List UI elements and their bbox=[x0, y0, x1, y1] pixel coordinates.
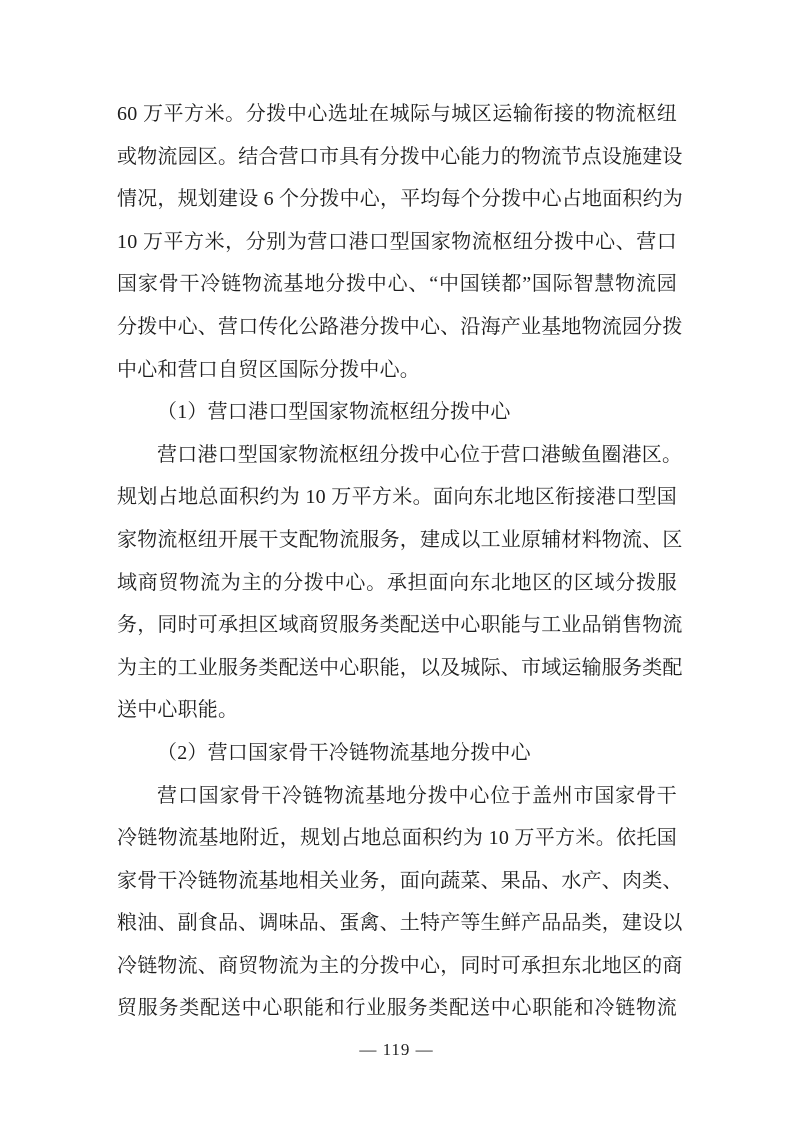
text-line: 10 万平方米，分别为营口港口型国家物流枢纽分拨中心、营口 bbox=[117, 221, 677, 264]
text-line: 家物流枢纽开展干支配物流服务，建成以工业原辅材料物流、区 bbox=[117, 519, 677, 562]
text-line: 家骨干冷链物流基地相关业务，面向蔬菜、果品、水产、肉类、 bbox=[117, 860, 677, 903]
text-line: 冷链物流基地附近，规划占地总面积约为 10 万平方米。依托国 bbox=[117, 817, 677, 860]
text-line: 规划占地总面积约为 10 万平方米。面向东北地区衔接港口型国 bbox=[117, 476, 677, 519]
text-line: 营口国家骨干冷链物流基地分拨中心位于盖州市国家骨干 bbox=[117, 775, 677, 818]
text-line: 分拨中心、营口传化公路港分拨中心、沿海产业基地物流园分拨 bbox=[117, 306, 677, 349]
text-line: 情况，规划建设 6 个分拨中心，平均每个分拨中心占地面积约为 bbox=[117, 178, 677, 221]
text-line: 国家骨干冷链物流基地分拨中心、“中国镁都”国际智慧物流园 bbox=[117, 263, 677, 306]
text-line: 冷链物流、商贸物流为主的分拨中心，同时可承担东北地区的商 bbox=[117, 945, 677, 988]
section-heading-2: （2）营口国家骨干冷链物流基地分拨中心 bbox=[117, 732, 677, 775]
text-line: 中心和营口自贸区国际分拨中心。 bbox=[117, 349, 677, 392]
text-line: 或物流园区。结合营口市具有分拨中心能力的物流节点设施建设 bbox=[117, 136, 677, 179]
text-line: 贸服务类配送中心职能和行业服务类配送中心职能和冷链物流 bbox=[117, 987, 677, 1030]
text-line: 粮油、副食品、调味品、蛋禽、土特产等生鲜产品品类，建设以 bbox=[117, 902, 677, 945]
page-number: — 119 — bbox=[0, 1040, 793, 1060]
text-line: 域商贸物流为主的分拨中心。承担面向东北地区的区域分拨服 bbox=[117, 562, 677, 605]
text-line: 务，同时可承担区域商贸服务类配送中心职能与工业品销售物流 bbox=[117, 604, 677, 647]
body-text: 60 万平方米。分拨中心选址在城际与城区运输衔接的物流枢纽 或物流园区。结合营口… bbox=[117, 93, 677, 1030]
text-line: 60 万平方米。分拨中心选址在城际与城区运输衔接的物流枢纽 bbox=[117, 93, 677, 136]
text-line: 为主的工业服务类配送中心职能，以及城际、市域运输服务类配 bbox=[117, 647, 677, 690]
text-line: 送中心职能。 bbox=[117, 689, 677, 732]
document-page: 60 万平方米。分拨中心选址在城际与城区运输衔接的物流枢纽 或物流园区。结合营口… bbox=[0, 0, 793, 1122]
text-line: 营口港口型国家物流枢纽分拨中心位于营口港鲅鱼圈港区。 bbox=[117, 434, 677, 477]
section-heading-1: （1）营口港口型国家物流枢纽分拨中心 bbox=[117, 391, 677, 434]
